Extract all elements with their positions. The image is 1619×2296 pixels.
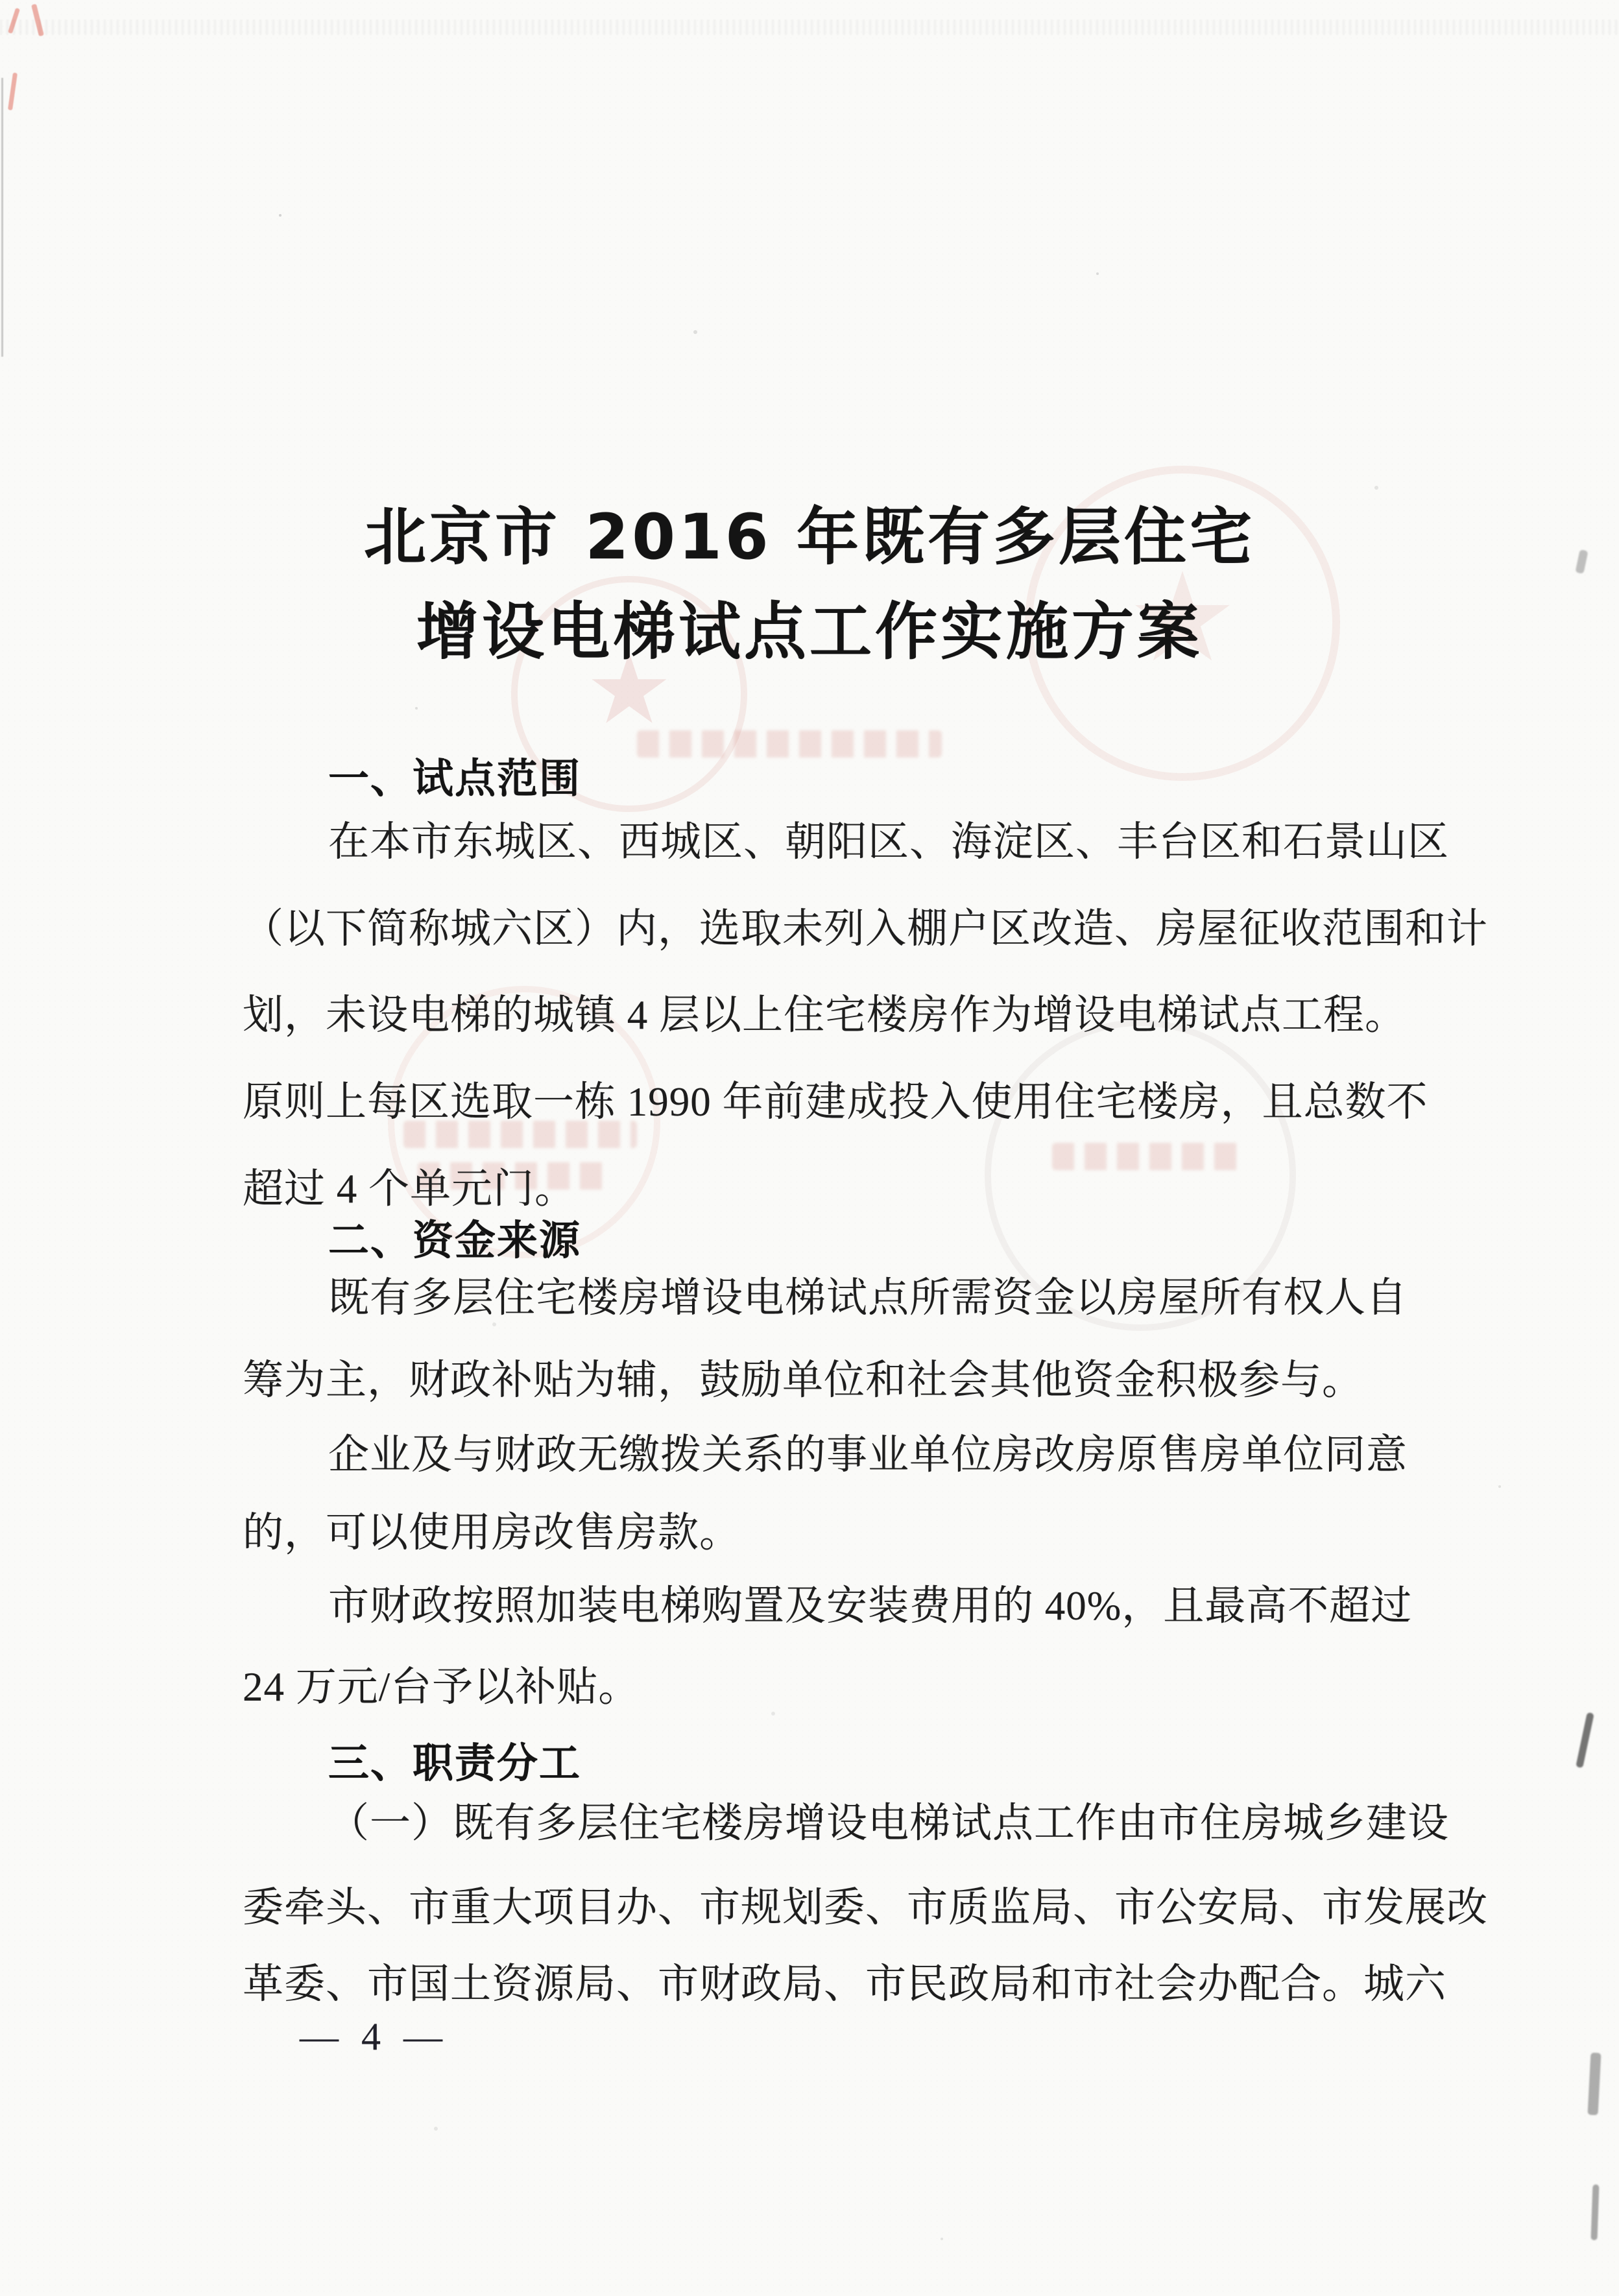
- paragraph-line: 原则上每区选取一栋 1990 年前建成投入使用住宅楼房，且总数不: [243, 1069, 1428, 1128]
- paragraph-line: 委牵头、市重大项目办、市规划委、市质监局、市公安局、市发展改: [243, 1874, 1488, 1933]
- section-heading-3: 三、职责分工: [328, 1730, 581, 1789]
- scan-smudge: [1591, 2184, 1600, 2240]
- scan-top-edge-noise: [0, 19, 1619, 35]
- paragraph-line: 革委、市国土资源局、市财政局、市民政局和市社会办配合。城六: [243, 1951, 1446, 2010]
- paper-speckle-noise: [279, 214, 282, 217]
- page-number: — 4 —: [300, 2015, 449, 2059]
- scanned-document-page: ★ ★ 北京市 2016 年既有多层住宅 增设电梯试点工作实施方案 一、试点范围…: [0, 0, 1619, 2296]
- section-heading-2: 二、资金来源: [328, 1208, 581, 1267]
- paragraph-line: 划，未设电梯的城镇 4 层以上住宅楼房作为增设电梯试点工程。: [243, 982, 1406, 1041]
- paragraph-line: 市财政按照加装电梯购置及安装费用的 40%，且最高不超过: [328, 1573, 1412, 1632]
- paragraph-line: 超过 4 个单元门。: [243, 1156, 576, 1215]
- seal-text-smudge: [637, 730, 942, 758]
- scan-smudge: [1587, 2053, 1601, 2116]
- paragraph-line: 筹为主，财政补贴为辅，鼓励单位和社会其他资金积极参与。: [243, 1347, 1363, 1406]
- paragraph-line: 企业及与财政无缴拨关系的事业单位房改房原售房单位同意: [328, 1422, 1408, 1481]
- paragraph-line: （以下简称城六区）内，选取未列入棚户区改造、房屋征收范围和计: [243, 896, 1488, 955]
- scan-left-edge-line: [1, 78, 3, 357]
- seal-text-smudge: [1052, 1143, 1247, 1170]
- doc-title-line-1: 北京市 2016 年既有多层住宅: [0, 488, 1619, 577]
- pen-slash-mark: [1576, 1712, 1594, 1768]
- paragraph-line: 在本市东城区、西城区、朝阳区、海淀区、丰台区和石景山区: [328, 809, 1449, 868]
- doc-title-line-2: 增设电梯试点工作实施方案: [0, 582, 1619, 671]
- paragraph-line: 24 万元/台予以补贴。: [243, 1654, 640, 1713]
- section-heading-1: 一、试点范围: [328, 746, 581, 805]
- paragraph-line: 的，可以使用房改售房款。: [243, 1500, 741, 1559]
- red-ink-mark: [8, 73, 18, 110]
- paragraph-line: 既有多层住宅楼房增设电梯试点所需资金以房屋所有权人自: [328, 1265, 1408, 1324]
- paragraph-line: （一）既有多层住宅楼房增设电梯试点工作由市住房城乡建设: [328, 1790, 1449, 1849]
